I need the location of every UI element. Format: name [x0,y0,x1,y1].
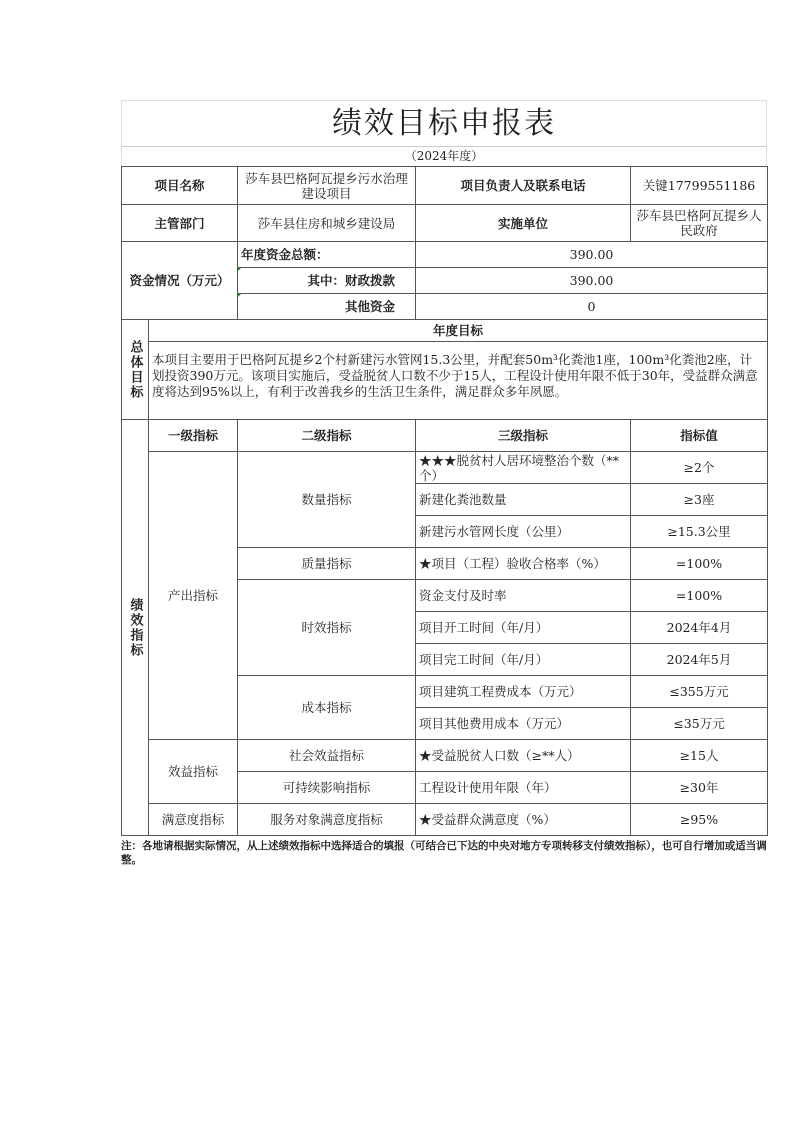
level3-item: ★受益群众满意度（%） [416,804,631,836]
performance-form: 绩效目标申报表 （2024年度） 项目名称 莎车县巴格阿瓦提乡污水治理建设项目 … [121,100,767,867]
level2-cost: 成本指标 [238,676,416,740]
level3-item: ★受益脱贫人口数（≥**人） [416,740,631,772]
funds-fiscal-value: 390.00 [416,268,768,294]
level3-item: 资金支付及时率 [416,580,631,612]
indicator-value: ≥2个 [631,452,768,484]
annual-goal-header: 年度目标 [149,320,768,342]
overall-goal-label: 总体目标 [122,320,149,420]
level2-timeliness: 时效指标 [238,580,416,676]
level3-item: 项目建筑工程费成本（万元） [416,676,631,708]
dept-value: 莎车县住房和城乡建设局 [238,205,416,242]
indicator-row: 效益指标 社会效益指标 ★受益脱贫人口数（≥**人） ≥15人 [122,740,768,772]
indicator-value: =100% [631,580,768,612]
level1-output: 产出指标 [149,452,238,740]
level3-item: 工程设计使用年限（年） [416,772,631,804]
indicator-value: ≤355万元 [631,676,768,708]
indicator-value: ≥15.3公里 [631,516,768,548]
project-name-row: 项目名称 莎车县巴格阿瓦提乡污水治理建设项目 项目负责人及联系电话 关键1779… [122,167,768,205]
level3-item: ★★★脱贫村人居环境整治个数（**个） [416,452,631,484]
level3-header: 三级指标 [416,420,631,452]
funds-total-value: 390.00 [416,242,768,268]
annual-goal-text: 本项目主要用于巴格阿瓦提乡2个村新建污水管网15.3公里，并配套50m³化粪池1… [149,342,768,420]
indicator-value: 2024年4月 [631,612,768,644]
footnote: 注：各地请根据实际情况，从上述绩效指标中选择适合的填报（可结合已下达的中央对地方… [121,836,771,867]
dept-row: 主管部门 莎车县住房和城乡建设局 实施单位 莎车县巴格阿瓦提乡人民政府 [122,205,768,242]
indicator-row: 产出指标 数量指标 ★★★脱贫村人居环境整治个数（**个） ≥2个 [122,452,768,484]
level3-item: ★项目（工程）验收合格率（%） [416,548,631,580]
indicator-row: 满意度指标 服务对象满意度指标 ★受益群众满意度（%） ≥95% [122,804,768,836]
impl-value: 莎车县巴格阿瓦提乡人民政府 [631,205,768,242]
level2-quantity: 数量指标 [238,452,416,548]
level1-satisfaction: 满意度指标 [149,804,238,836]
indicator-value: ≤35万元 [631,708,768,740]
level2-social: 社会效益指标 [238,740,416,772]
form-table: 项目名称 莎车县巴格阿瓦提乡污水治理建设项目 项目负责人及联系电话 关键1779… [121,166,768,836]
level3-item: 项目完工时间（年/月） [416,644,631,676]
value-header: 指标值 [631,420,768,452]
funds-other-label: 其他资金 [238,294,416,320]
goal-text-row: 本项目主要用于巴格阿瓦提乡2个村新建污水管网15.3公里，并配套50m³化粪池1… [122,342,768,420]
indicator-value: ≥15人 [631,740,768,772]
indicator-value: ≥95% [631,804,768,836]
level3-item: 新建污水管网长度（公里） [416,516,631,548]
level3-item: 项目其他费用成本（万元） [416,708,631,740]
contact-value: 关键17799551186 [631,167,768,205]
funds-total-label: 年度资金总额： [238,242,416,268]
level3-item: 项目开工时间（年/月） [416,612,631,644]
level2-quality: 质量指标 [238,548,416,580]
indicator-value: =100% [631,548,768,580]
indicator-header-row: 绩效指标 一级指标 二级指标 三级指标 指标值 [122,420,768,452]
performance-indicators-label: 绩效指标 [122,420,149,836]
level2-service-satisfaction: 服务对象满意度指标 [238,804,416,836]
indicator-value: ≥3座 [631,484,768,516]
year-subtitle: （2024年度） [121,147,767,166]
impl-label: 实施单位 [416,205,631,242]
project-name-value: 莎车县巴格阿瓦提乡污水治理建设项目 [238,167,416,205]
level3-item: 新建化粪池数量 [416,484,631,516]
level2-header: 二级指标 [238,420,416,452]
project-name-label: 项目名称 [122,167,238,205]
indicator-value: ≥30年 [631,772,768,804]
funds-fiscal-label: 其中：财政拨款 [238,268,416,294]
funds-other-value: 0 [416,294,768,320]
dept-label: 主管部门 [122,205,238,242]
level1-header: 一级指标 [149,420,238,452]
contact-label: 项目负责人及联系电话 [416,167,631,205]
funds-label: 资金情况（万元） [122,242,238,320]
funds-row: 资金情况（万元） 年度资金总额： 390.00 [122,242,768,268]
goal-header-row: 总体目标 年度目标 [122,320,768,342]
page-title: 绩效目标申报表 [121,100,767,147]
indicator-value: 2024年5月 [631,644,768,676]
level1-benefit: 效益指标 [149,740,238,804]
level2-sustainable: 可持续影响指标 [238,772,416,804]
